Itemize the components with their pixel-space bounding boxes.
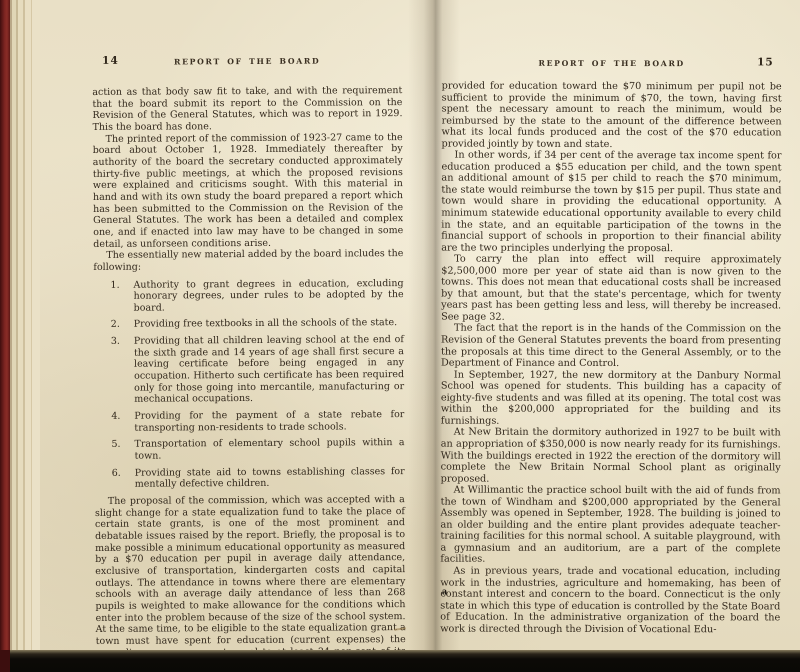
paragraph: The proposal of the commission, which wa… xyxy=(95,494,406,671)
body-text-right: provided for education toward the $70 mi… xyxy=(440,81,781,636)
book-scan: 14 REPORT OF THE BOARD action as that bo… xyxy=(0,0,800,672)
running-title-left: REPORT OF THE BOARD xyxy=(92,56,402,67)
paragraph: In September, 1927, the new dormitory at… xyxy=(441,369,781,428)
list-item-number: 4. xyxy=(111,411,120,423)
page-left: 14 REPORT OF THE BOARD action as that bo… xyxy=(92,53,406,671)
list-item-text: Authority to grant degrees in education,… xyxy=(133,278,403,314)
bottom-shadow-band xyxy=(10,650,800,672)
list-item-text: Providing that all children leaving scho… xyxy=(134,334,404,405)
list-item-text: Providing for the payment of a state reb… xyxy=(134,409,404,433)
list-item: 5. Transportation of elementary school p… xyxy=(94,437,404,462)
book-cover-edge xyxy=(0,0,10,672)
list-item-text: Providing state aid to towns establishin… xyxy=(135,466,405,490)
paragraph: The fact that the report is in the hands… xyxy=(441,323,781,370)
list-item-number: 2. xyxy=(111,319,120,331)
paragraph: At New Britain the dormitory authorized … xyxy=(441,427,781,486)
list-item-number: 6. xyxy=(112,467,121,479)
paragraph: action as that body saw fit to take, and… xyxy=(92,85,402,134)
page-header-left: 14 REPORT OF THE BOARD xyxy=(92,53,402,87)
paragraph: In other words, if 34 per cent of the av… xyxy=(441,150,781,255)
running-title-right: REPORT OF THE BOARD xyxy=(442,59,782,69)
page-right: REPORT OF THE BOARD 15 provided for educ… xyxy=(440,56,782,636)
paragraph: At Willimantic the practice school built… xyxy=(440,485,780,567)
paragraph: The essentially new material added by th… xyxy=(93,248,403,273)
paragraph: The printed report of the commission of … xyxy=(93,132,404,250)
list-item-number: 3. xyxy=(111,336,120,348)
page-header-right: REPORT OF THE BOARD 15 xyxy=(442,56,782,82)
list-item: 6. Providing state aid to towns establis… xyxy=(95,466,405,491)
list-item-text: Transportation of elementary school pupi… xyxy=(134,437,404,461)
list-item-text: Providing free textbooks in all the scho… xyxy=(134,318,397,331)
paragraph: provided for education toward the $70 mi… xyxy=(442,81,782,151)
list-item: 4. Providing for the payment of a state … xyxy=(94,409,404,434)
body-text-left: action as that body saw fit to take, and… xyxy=(92,85,406,671)
numbered-list: 1. Authority to grant degrees in educati… xyxy=(93,278,404,491)
list-item: 1. Authority to grant degrees in educati… xyxy=(93,278,403,315)
page-number-right: 15 xyxy=(757,56,774,68)
paragraph: As in previous years, trade and vocation… xyxy=(440,566,780,636)
list-item-number: 5. xyxy=(111,439,120,451)
list-item: 2. Providing free textbooks in all the s… xyxy=(94,318,404,332)
paragraph: To carry the plan into effect will requi… xyxy=(441,254,781,324)
bottom-cover-edge xyxy=(0,650,10,672)
page-stack-edges xyxy=(10,0,40,656)
printers-signature-mark: a xyxy=(442,586,447,597)
list-item-number: 1. xyxy=(110,279,119,291)
list-item: 3. Providing that all children leaving s… xyxy=(94,334,404,406)
